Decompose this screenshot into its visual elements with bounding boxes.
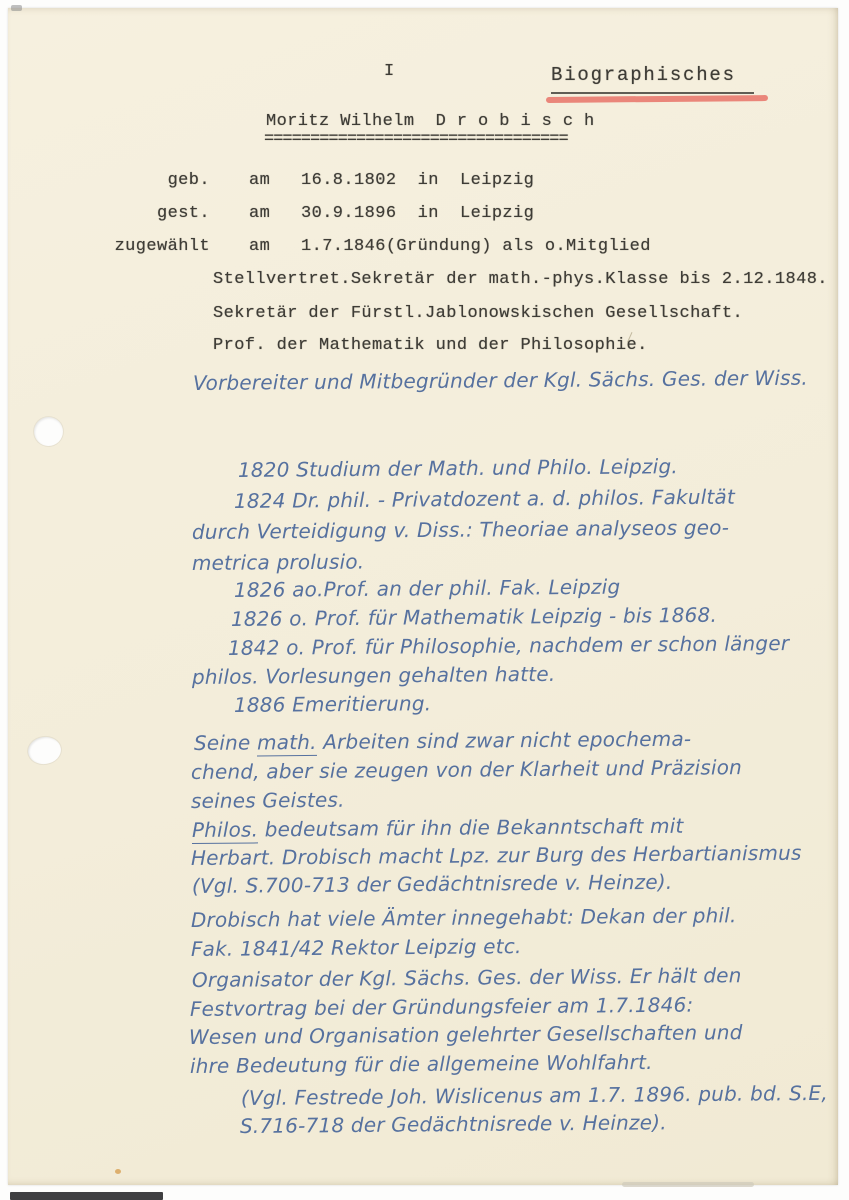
handwriting-line: Fak. 1841/42 Rektor Leipzig etc. — [191, 934, 522, 961]
scan-edge-bar — [10, 1192, 163, 1200]
handwriting-line: durch Verteidigung v. Diss.: Theoriae an… — [192, 515, 729, 544]
handwriting-line: chend, aber sie zeugen von der Klarheit … — [191, 755, 742, 784]
header-typed-underline — [551, 92, 754, 94]
fact-am: am — [249, 204, 270, 223]
handwriting-line: Herbart. Drobisch macht Lpz. zur Burg de… — [191, 841, 802, 870]
corner-mark — [11, 5, 22, 11]
handwriting-line: (Vgl. Festrede Joh. Wislicenus am 1.7. 1… — [241, 1081, 828, 1110]
handwriting-line: 1842 o. Prof. für Philosophie, nachdem e… — [228, 631, 790, 660]
page-number: I — [384, 62, 395, 81]
handwriting-line: (Vgl. S.700-713 der Gedächtnisrede v. He… — [192, 870, 673, 898]
role-line: Prof. der Mathematik und der Philosophie… — [213, 336, 648, 355]
handwriting-line: metrica prolusio. — [192, 549, 365, 575]
handwriting-line: ihre Bedeutung für die allgemeine Wohlfa… — [190, 1050, 653, 1078]
role-line: Sekretär der Fürstl.Jablonowskischen Ges… — [213, 304, 743, 323]
handwriting-intro: Vorbereiter und Mitbegründer der Kgl. Sä… — [193, 366, 808, 395]
handwriting-line: Festvortrag bei der Gründungsfeier am 1.… — [190, 993, 694, 1021]
handwriting-line: Philos. bedeutsam für ihn die Bekanntsch… — [192, 814, 684, 842]
handwriting-line: Organisator der Kgl. Sächs. Ges. der Wis… — [192, 963, 742, 992]
page-header: Biographisches — [551, 64, 736, 86]
handwriting-line: 1886 Emeritierung. — [234, 691, 432, 717]
paper-speck — [115, 1169, 121, 1174]
handwriting-line: 1824 Dr. phil. - Privatdozent a. d. phil… — [234, 485, 735, 513]
handwriting-line: Drobisch hat viele Ämter innegehabt: Dek… — [191, 903, 737, 932]
handwriting-line: 1826 o. Prof. für Mathematik Leipzig - b… — [231, 603, 717, 631]
fact-am: am — [249, 237, 270, 256]
handwriting-line: 1826 ao.Prof. an der phil. Fak. Leipzig — [234, 575, 621, 602]
title-underline: ================================= — [264, 130, 568, 149]
handwriting-line: S.716-718 der Gedächtnisrede v. Heinze). — [240, 1110, 667, 1138]
scanned-document: { "page": { "number": "I", "header": "Bi… — [0, 0, 849, 1200]
fact-value: 16.8.1802 in Leipzig — [301, 171, 534, 190]
fact-value: 30.9.1896 in Leipzig — [301, 204, 534, 223]
handwriting-line: seines Geistes. — [191, 788, 345, 813]
fact-am: am — [249, 171, 270, 190]
document-page: I Biographisches Moritz Wilhelm D r o b … — [8, 8, 838, 1185]
handwriting-line: Seine math. Arbeiten sind zwar nicht epo… — [194, 727, 692, 755]
handwriting-line: Wesen und Organisation gelehrter Gesells… — [189, 1020, 743, 1049]
role-line: Stellvertret.Sekretär der math.-phys.Kla… — [213, 270, 828, 289]
fact-label: gest. — [68, 204, 210, 223]
fact-value: 1.7.1846(Gründung) als o.Mitglied — [301, 237, 651, 256]
header-red-marker-underline — [546, 95, 768, 103]
fact-label: geb. — [68, 171, 210, 190]
handwriting-line: 1820 Studium der Math. und Philo. Leipzi… — [238, 454, 678, 482]
fact-label: zugewählt — [68, 237, 210, 256]
handwriting-line: philos. Vorlesungen gehalten hatte. — [192, 662, 556, 689]
page-title: Moritz Wilhelm D r o b i s c h — [266, 112, 595, 131]
scan-smudge — [622, 1182, 754, 1187]
